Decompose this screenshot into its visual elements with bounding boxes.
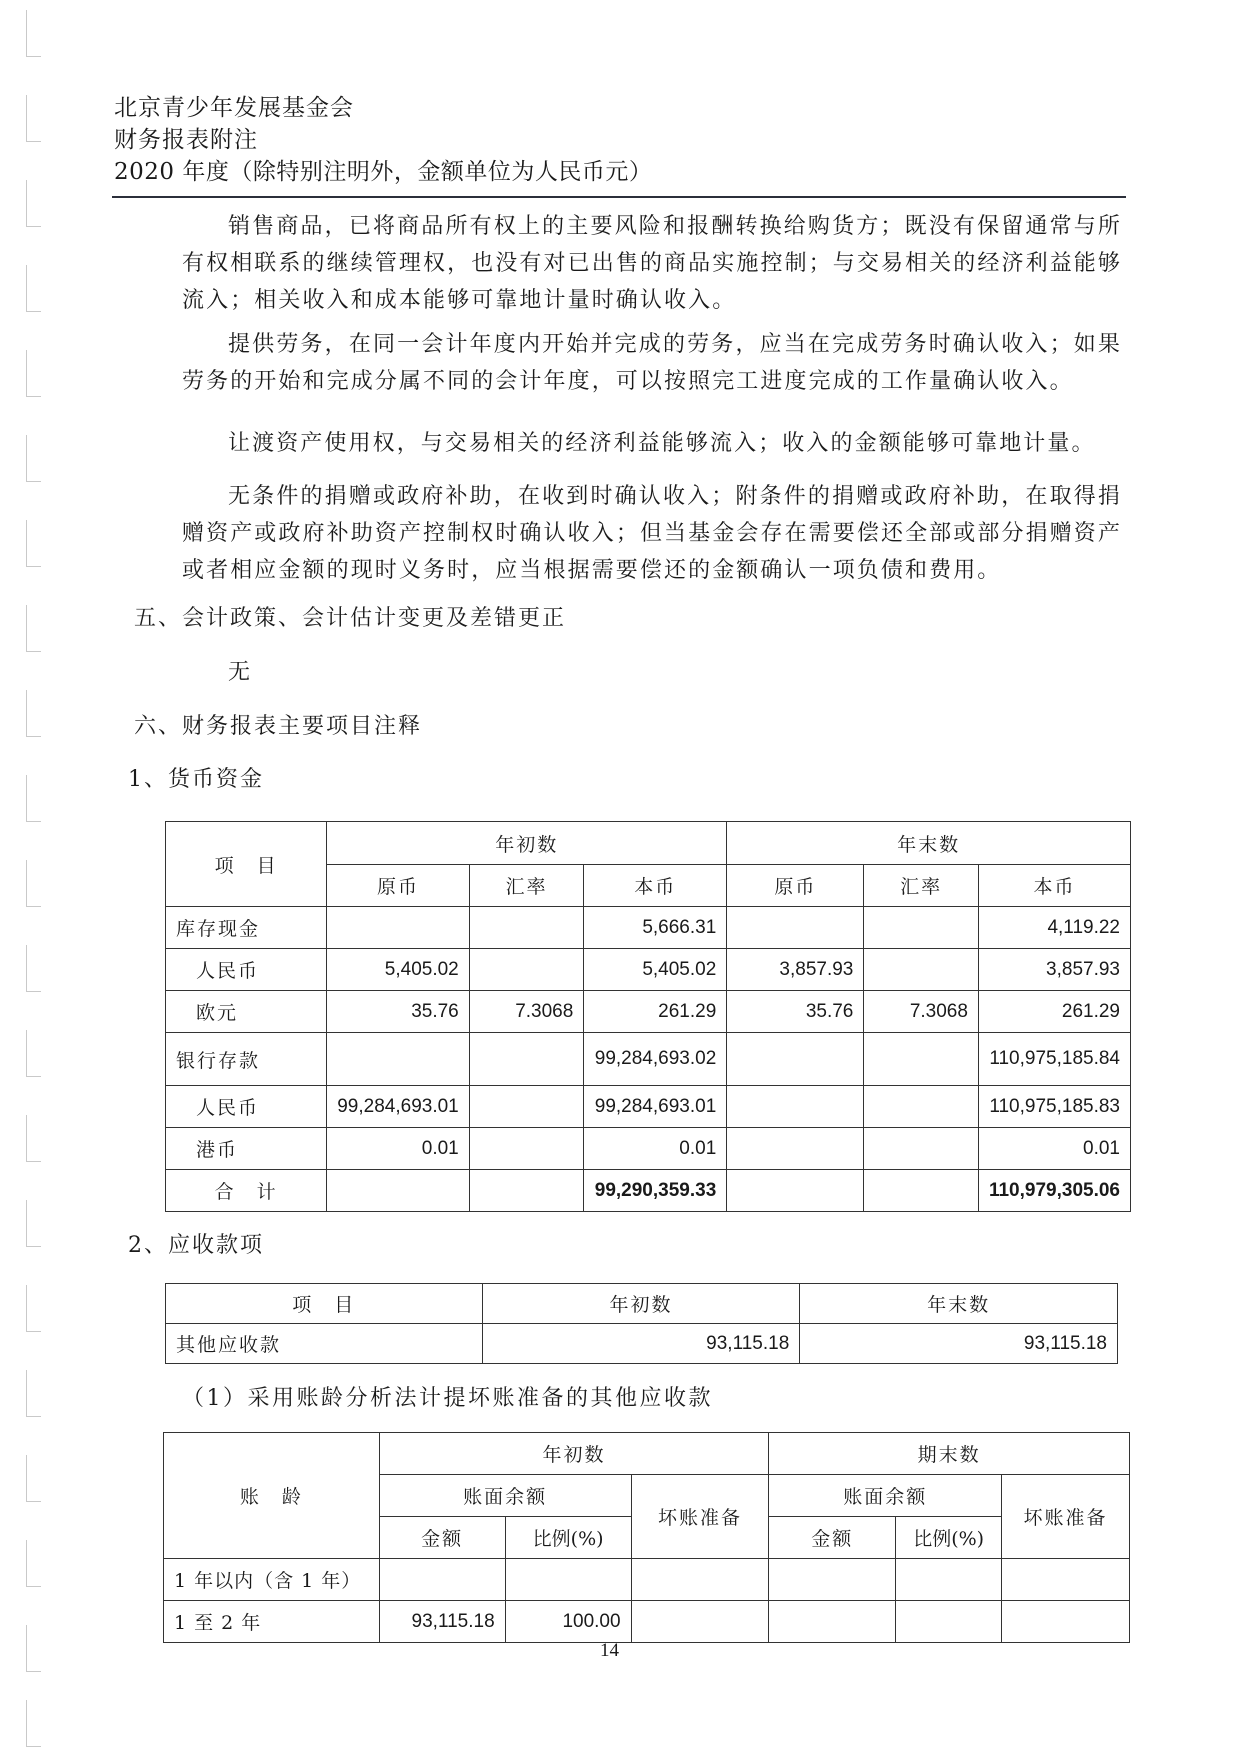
paragraph-donations: 无条件的捐赠或政府补助，在收到时确认收入；附条件的捐赠或政府补助，在取得捐赠资产… [182,478,1122,589]
cell-end-local: 0.01 [978,1128,1130,1170]
header-end-amount: 金额 [769,1517,896,1559]
section-6-heading: 六、财务报表主要项目注释 [134,709,422,740]
cell-begin-amount: 93,115.18 [379,1601,505,1643]
margin-mark [26,350,41,397]
cell-end-local: 4,119.22 [978,907,1130,949]
header-end-of-year: 年末数 [727,822,1131,865]
cell-end-orig [727,1033,864,1086]
row-label: 人民币 [166,949,327,991]
paragraph-sales: 销售商品，已将商品所有权上的主要风险和报酬转换给购货方；既没有保留通常与所有权相… [182,208,1122,319]
margin-mark [26,1115,41,1162]
margin-mark [26,860,41,907]
cell-end-orig [727,1170,864,1212]
section-5-body: 无 [228,655,252,686]
cell-end-local: 110,975,185.83 [978,1086,1130,1128]
cell-begin-local: 261.29 [584,991,727,1033]
cell-begin-local: 0.01 [584,1128,727,1170]
org-name: 北京青少年发展基金会 [114,92,652,124]
row-label: 合 计 [166,1170,327,1212]
table-row: 1 至 2 年 93,115.18 100.00 [164,1601,1130,1643]
cell-begin-ratio: 100.00 [505,1601,631,1643]
margin-mark [26,605,41,652]
header-item: 项 目 [166,822,327,907]
receivables-section-title: 2、应收款项 [128,1228,264,1259]
row-label: 其他应收款 [166,1324,483,1364]
cell-end-local: 261.29 [978,991,1130,1033]
cell-end-bad-debt [1002,1559,1130,1601]
cell-begin-local-total: 99,290,359.33 [584,1170,727,1212]
header-begin-exchange-rate: 汇率 [469,865,584,907]
header-end-exchange-rate: 汇率 [864,865,979,907]
cell-end-bad-debt [1002,1601,1130,1643]
row-label: 欧元 [166,991,327,1033]
margin-mark [26,775,41,822]
cell-begin-bad-debt [631,1601,769,1643]
table-row: 1 年以内（含 1 年） [164,1559,1130,1601]
cell-begin-orig [327,1033,470,1086]
cell-end-rate [864,1170,979,1212]
cell-end-rate [864,1086,979,1128]
header-end-ratio: 比例(%) [896,1517,1002,1559]
table-row: 其他应收款 93,115.18 93,115.18 [166,1324,1118,1364]
cell-begin: 93,115.18 [482,1324,800,1364]
header-end-bad-debt: 坏账准备 [1002,1475,1130,1559]
cell-begin-orig: 5,405.02 [327,949,470,991]
cell-begin-orig [327,907,470,949]
table-row: 港币 0.01 0.01 0.01 [166,1128,1131,1170]
margin-mark [26,10,41,57]
table-row: 人民币 5,405.02 5,405.02 3,857.93 3,857.93 [166,949,1131,991]
aging-table: 账 龄 年初数 期末数 账面余额 坏账准备 账面余额 坏账准备 金额 比例(%)… [163,1432,1130,1643]
margin-mark [26,1200,41,1247]
cell-begin-rate [469,1086,584,1128]
cell-begin-orig [327,1170,470,1212]
margin-mark [26,1700,41,1747]
cell-end-local: 3,857.93 [978,949,1130,991]
margin-mark [26,1285,41,1332]
header-end-book-balance: 账面余额 [769,1475,1002,1517]
header-end-of-year: 年末数 [800,1284,1118,1324]
header-item: 项 目 [166,1284,483,1324]
margin-mark [26,265,41,312]
document-title: 财务报表附注 [114,124,652,156]
cell-begin-rate [469,949,584,991]
cell-begin-local: 5,405.02 [584,949,727,991]
cell-begin-rate: 7.3068 [469,991,584,1033]
margin-mark [26,1540,41,1587]
header-begin-ratio: 比例(%) [505,1517,631,1559]
row-label: 1 年以内（含 1 年） [164,1559,380,1601]
cell-end-orig: 35.76 [727,991,864,1033]
header-beginning-of-year: 年初数 [327,822,727,865]
cash-table: 项 目 年初数 年末数 原币 汇率 本币 原币 汇率 本币 库存现金 5,666… [165,821,1131,1212]
cell-end-local-total: 110,979,305.06 [978,1170,1130,1212]
cell-begin-orig: 99,284,693.01 [327,1086,470,1128]
margin-mark [26,690,41,737]
header-divider [112,196,1126,198]
cell-end-ratio [896,1559,1002,1601]
cell-begin-local: 99,284,693.02 [584,1033,727,1086]
paragraph-asset-use-rights: 让渡资产使用权，与交易相关的经济利益能够流入；收入的金额能够可靠地计量。 [182,425,1122,462]
cell-end: 93,115.18 [800,1324,1118,1364]
table-row: 库存现金 5,666.31 4,119.22 [166,907,1131,949]
receivables-table: 项 目 年初数 年末数 其他应收款 93,115.18 93,115.18 [165,1283,1118,1364]
page-header: 北京青少年发展基金会 财务报表附注 2020 年度（除特别注明外，金额单位为人民… [114,92,652,188]
row-label: 1 至 2 年 [164,1601,380,1643]
section-5-heading: 五、会计政策、会计估计变更及差错更正 [134,601,566,632]
header-begin-local-currency: 本币 [584,865,727,907]
margin-mark [26,95,41,142]
page-number: 14 [600,1640,619,1662]
cell-begin-bad-debt [631,1559,769,1601]
cell-end-orig [727,1128,864,1170]
margin-mark [26,1455,41,1502]
cell-begin-ratio [505,1559,631,1601]
header-end-of-period: 期末数 [769,1433,1130,1475]
cell-end-rate [864,907,979,949]
table-row-total: 合 计 99,290,359.33 110,979,305.06 [166,1170,1131,1212]
row-label: 库存现金 [166,907,327,949]
header-beginning-of-year: 年初数 [379,1433,769,1475]
table-row: 银行存款 99,284,693.02 110,975,185.84 [166,1033,1131,1086]
binding-margin-marks [26,0,46,1753]
cell-begin-rate [469,907,584,949]
row-label: 港币 [166,1128,327,1170]
cell-begin-amount [379,1559,505,1601]
cell-end-orig [727,1086,864,1128]
paragraph-services: 提供劳务，在同一会计年度内开始并完成的劳务，应当在完成劳务时确认收入；如果劳务的… [182,326,1122,400]
margin-mark [26,1370,41,1417]
table-row: 欧元 35.76 7.3068 261.29 35.76 7.3068 261.… [166,991,1131,1033]
cell-end-local: 110,975,185.84 [978,1033,1130,1086]
cell-begin-local: 5,666.31 [584,907,727,949]
margin-mark [26,435,41,482]
margin-mark [26,1625,41,1672]
cell-begin-rate [469,1170,584,1212]
header-aging: 账 龄 [164,1433,380,1559]
header-end-local-currency: 本币 [978,865,1130,907]
cell-end-orig [727,907,864,949]
cell-end-orig: 3,857.93 [727,949,864,991]
header-beginning-of-year: 年初数 [482,1284,800,1324]
cash-section-title: 1、货币资金 [128,762,264,793]
margin-mark [26,1030,41,1077]
header-begin-bad-debt: 坏账准备 [631,1475,769,1559]
header-begin-amount: 金额 [379,1517,505,1559]
table-row: 人民币 99,284,693.01 99,284,693.01 110,975,… [166,1086,1131,1128]
margin-mark [26,945,41,992]
cell-end-rate [864,1128,979,1170]
margin-mark [26,520,41,567]
header-end-original-currency: 原币 [727,865,864,907]
cell-end-amount [769,1559,896,1601]
cell-end-amount [769,1601,896,1643]
period-note: 2020 年度（除特别注明外，金额单位为人民币元） [114,156,652,188]
cell-end-rate [864,1033,979,1086]
cell-end-ratio [896,1601,1002,1643]
cell-end-rate: 7.3068 [864,991,979,1033]
cell-begin-orig: 35.76 [327,991,470,1033]
row-label: 银行存款 [166,1033,327,1086]
header-begin-original-currency: 原币 [327,865,470,907]
cell-begin-rate [469,1128,584,1170]
margin-mark [26,180,41,227]
row-label: 人民币 [166,1086,327,1128]
cell-begin-local: 99,284,693.01 [584,1086,727,1128]
cell-begin-rate [469,1033,584,1086]
cell-end-rate [864,949,979,991]
cell-begin-orig: 0.01 [327,1128,470,1170]
aging-section-title: （1）采用账龄分析法计提坏账准备的其他应收款 [182,1381,713,1412]
header-begin-book-balance: 账面余额 [379,1475,631,1517]
